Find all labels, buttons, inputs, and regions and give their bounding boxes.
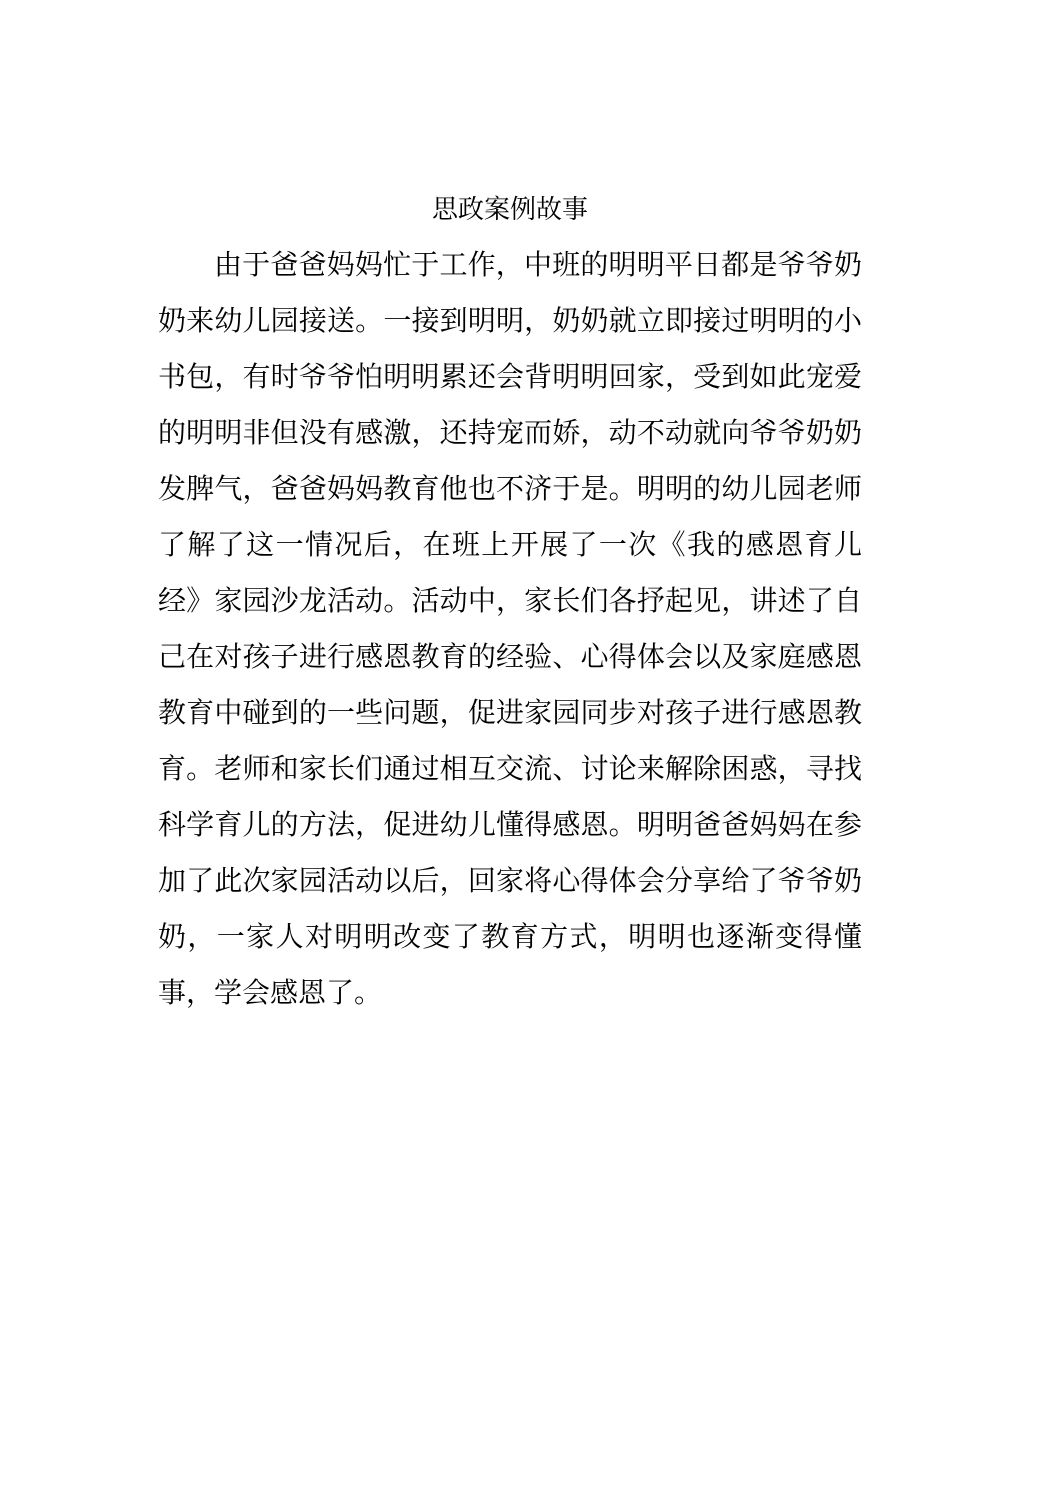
text-line: 奶，一家人对明明改变了教育方式，明明也逐渐变得懂: [158, 910, 862, 966]
text-line: 由于爸爸妈妈忙于工作，中班的明明平日都是爷爷奶: [158, 238, 862, 294]
text-line: 经》家园沙龙活动。活动中，家长们各抒起见，讲述了自: [158, 574, 862, 630]
text-line: 了解了这一情况后，在班上开展了一次《我的感恩育儿: [158, 518, 862, 574]
text-line: 科学育儿的方法，促进幼儿懂得感恩。明明爸爸妈妈在参: [158, 798, 862, 854]
document-title: 思政案例故事: [158, 182, 862, 238]
text-line: 发脾气，爸爸妈妈教育他也不济于是。明明的幼儿园老师: [158, 462, 862, 518]
text-line: 的明明非但没有感激，还持宠而娇，动不动就向爷爷奶奶: [158, 406, 862, 462]
text-line: 事，学会感恩了。: [158, 966, 862, 1022]
text-line: 加了此次家园活动以后，回家将心得体会分享给了爷爷奶: [158, 854, 862, 910]
document-body: 由于爸爸妈妈忙于工作，中班的明明平日都是爷爷奶 奶来幼儿园接送。一接到明明，奶奶…: [158, 238, 862, 1022]
text-line: 己在对孩子进行感恩教育的经验、心得体会以及家庭感恩: [158, 630, 862, 686]
text-line: 育。老师和家长们通过相互交流、讨论来解除困惑，寻找: [158, 742, 862, 798]
text-line: 教育中碰到的一些问题，促进家园同步对孩子进行感恩教: [158, 686, 862, 742]
text-line: 书包，有时爷爷怕明明累还会背明明回家，受到如此宠爱: [158, 350, 862, 406]
document-page: 思政案例故事 由于爸爸妈妈忙于工作，中班的明明平日都是爷爷奶 奶来幼儿园接送。一…: [0, 0, 1059, 1497]
text-line: 奶来幼儿园接送。一接到明明，奶奶就立即接过明明的小: [158, 294, 862, 350]
